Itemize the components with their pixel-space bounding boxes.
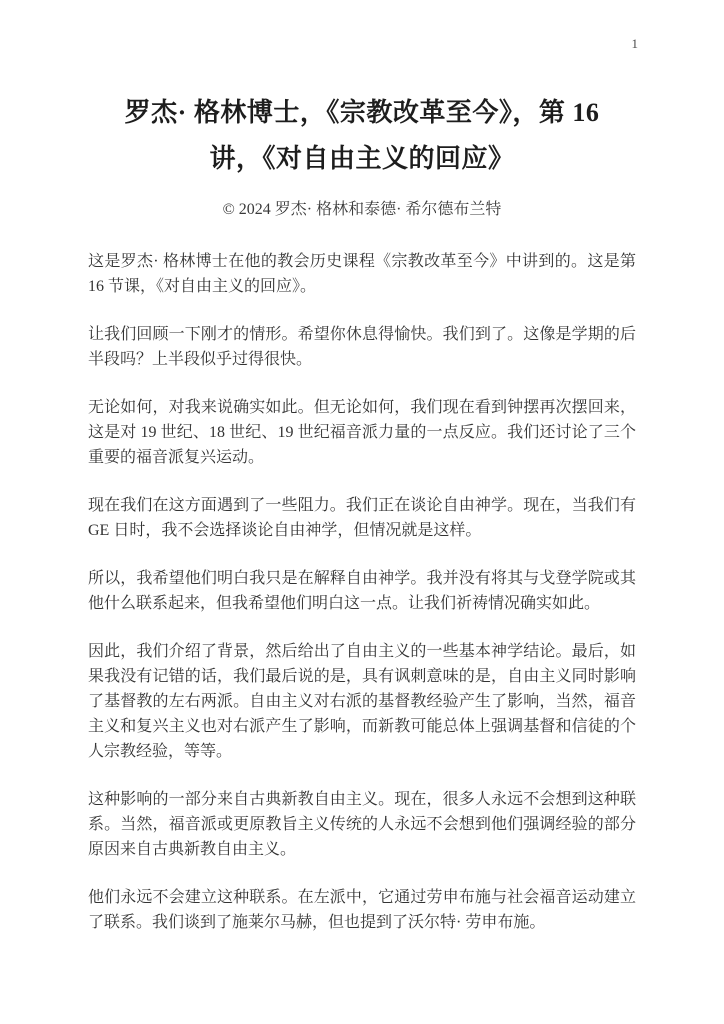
paragraph: 因此，我们介绍了背景，然后给出了自由主义的一些基本神学结论。最后，如果我没有记错…	[88, 639, 636, 764]
paragraph: 所以，我希望他们明白我只是在解释自由神学。我并没有将其与戈登学院或其他什么联系起…	[88, 566, 636, 616]
paragraph: 这是罗杰· 格林博士在他的教会历史课程《宗教改革至今》中讲到的。这是第 16 节…	[88, 249, 636, 299]
document-title: 罗杰· 格林博士，《宗教改革至今》，第 16 讲，《对自由主义的回应》	[88, 90, 636, 182]
paragraph: 无论如何，对我来说确实如此。但无论如何，我们现在看到钟摆再次摆回来，这是对 19…	[88, 395, 636, 470]
paragraph: 这种影响的一部分来自古典新教自由主义。现在，很多人永远不会想到这种联系。当然，福…	[88, 787, 636, 862]
paragraph: 他们永远不会建立这种联系。在左派中，它通过劳申布施与社会福音运动建立了联系。我们…	[88, 885, 636, 935]
document-page: 罗杰· 格林博士，《宗教改革至今》，第 16 讲，《对自由主义的回应》 © 20…	[88, 0, 636, 935]
paragraph: 让我们回顾一下刚才的情形。希望你休息得愉快。我们到了。这像是学期的后半段吗？上半…	[88, 322, 636, 372]
document-title-line-2: 讲，《对自由主义的回应》	[88, 136, 636, 182]
document-title-line-1: 罗杰· 格林博士，《宗教改革至今》，第 16	[88, 90, 636, 136]
paragraph: 现在我们在这方面遇到了一些阻力。我们正在谈论自由神学。现在，当我们有 GE 日时…	[88, 493, 636, 543]
copyright-line: © 2024 罗杰· 格林和泰德· 希尔德布兰特	[88, 199, 636, 221]
document-body: 这是罗杰· 格林博士在他的教会历史课程《宗教改革至今》中讲到的。这是第 16 节…	[88, 249, 636, 935]
